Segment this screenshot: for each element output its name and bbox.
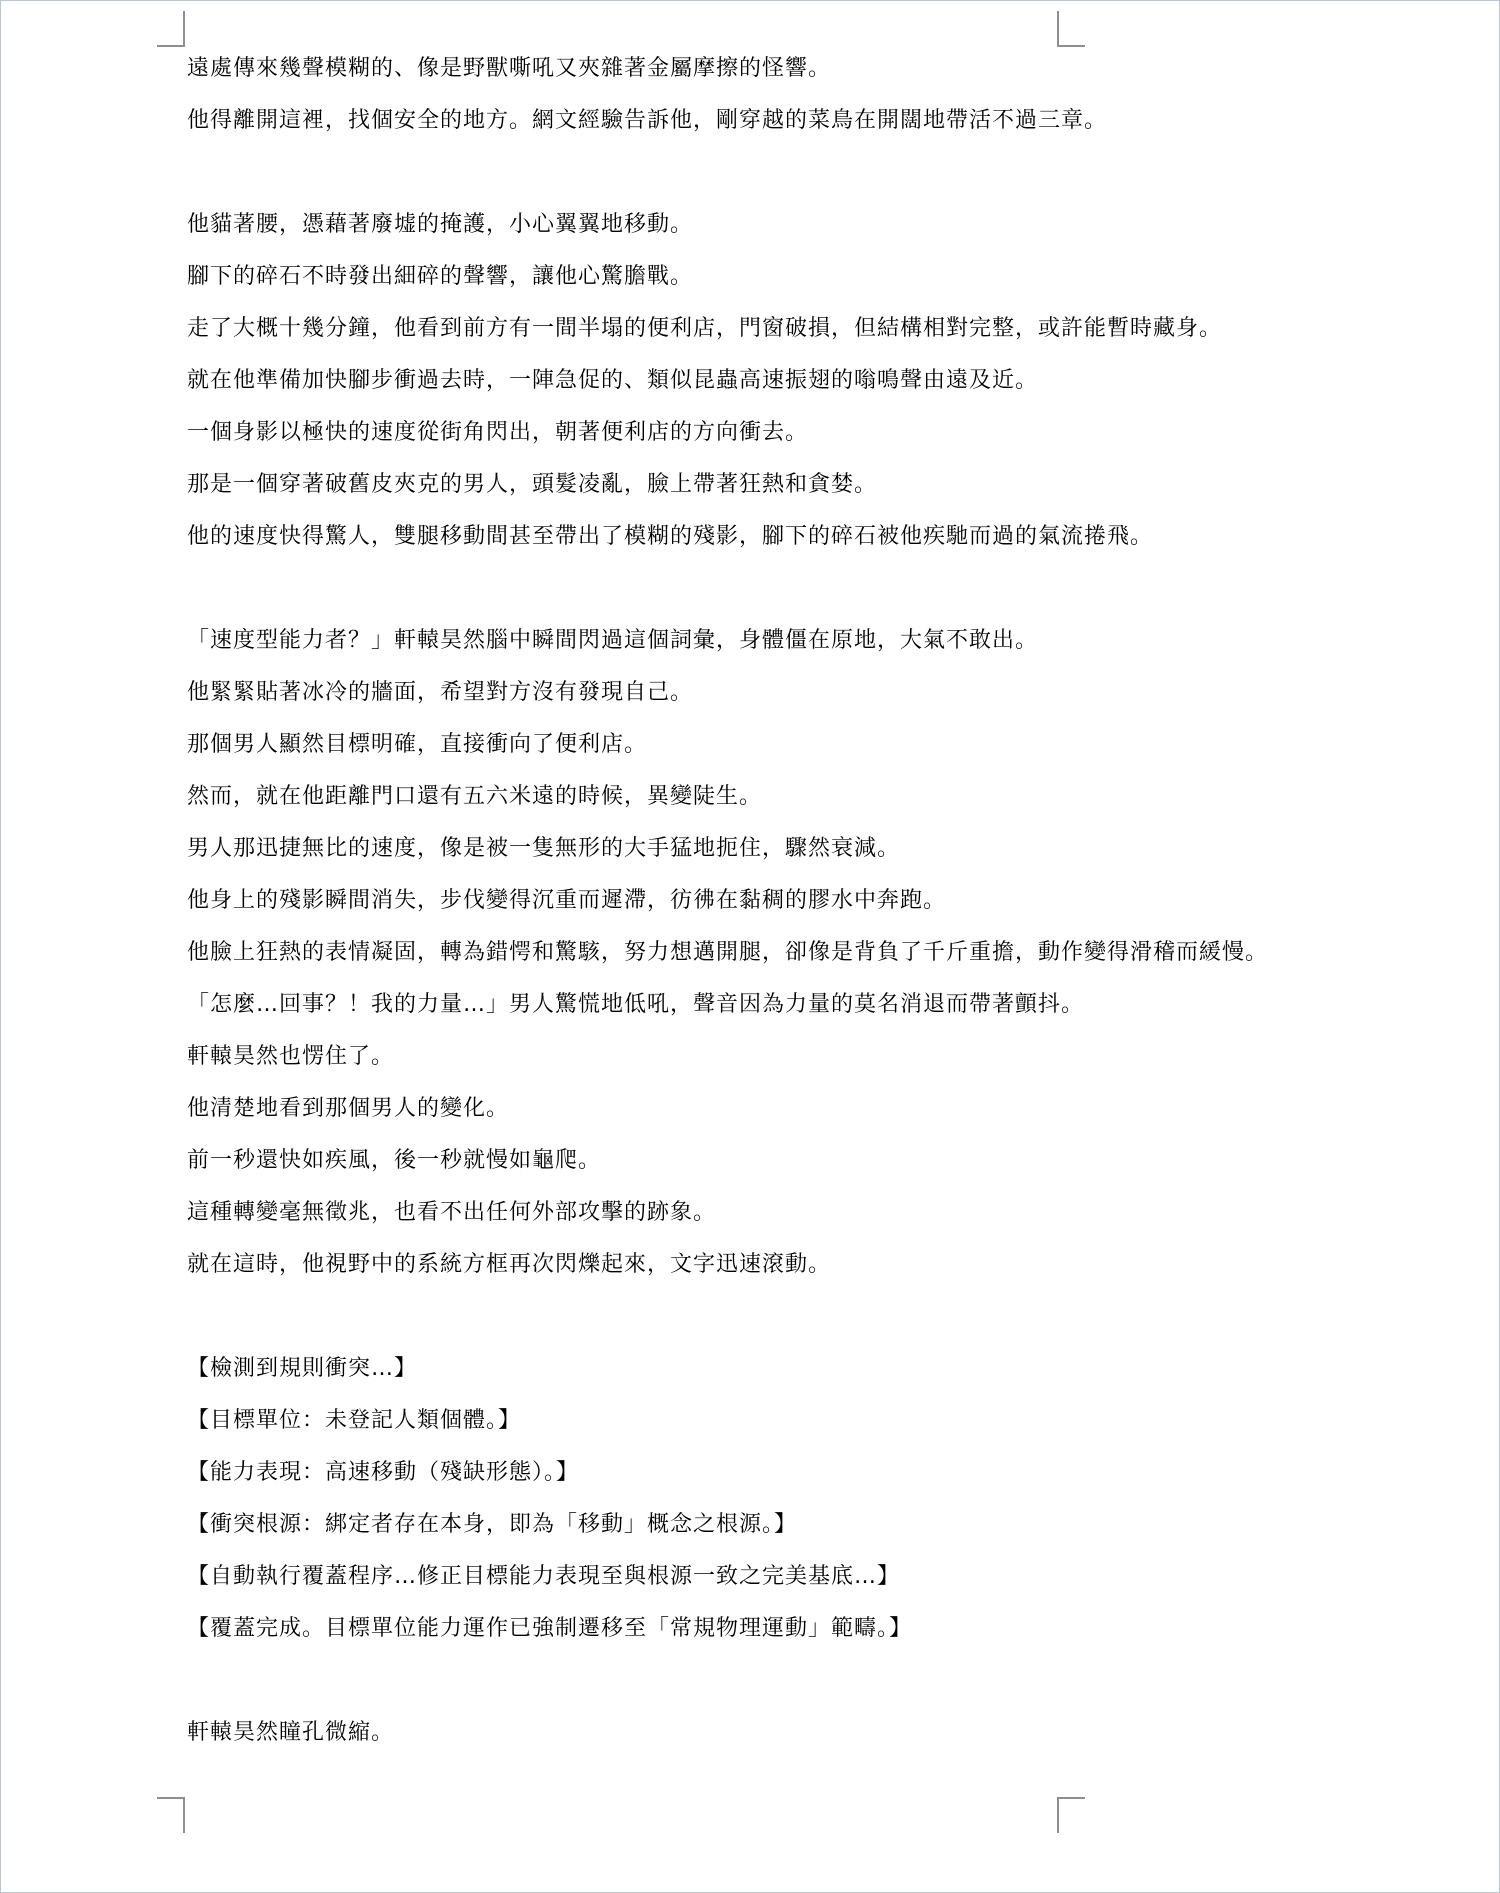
text-line[interactable]: 「速度型能力者？」軒轅昊然腦中瞬間閃過這個詞彙，身體僵在原地，大氣不敢出。 [187,615,1337,667]
margin-mark-bottom-left [157,1797,185,1833]
text-line[interactable]: 一個身影以極快的速度從街角閃出，朝著便利店的方向衝去。 [187,407,1337,459]
text-line[interactable]: 軒轅昊然瞳孔微縮。 [187,1707,1337,1759]
text-line[interactable]: 腳下的碎石不時發出細碎的聲響，讓他心驚膽戰。 [187,251,1337,303]
text-line[interactable]: 【檢測到規則衝突…】 [187,1343,1337,1395]
text-line[interactable]: 【能力表現：高速移動（殘缺形態）。】 [187,1447,1337,1499]
text-line[interactable]: 他身上的殘影瞬間消失，步伐變得沉重而遲滯，彷彿在黏稠的膠水中奔跑。 [187,875,1337,927]
margin-mark-top-left [157,11,185,47]
text-line[interactable]: 就在他準備加快腳步衝過去時，一陣急促的、類似昆蟲高速振翅的嗡鳴聲由遠及近。 [187,355,1337,407]
text-line[interactable]: 那是一個穿著破舊皮夾克的男人，頭髮凌亂，臉上帶著狂熱和貪婪。 [187,459,1337,511]
text-line[interactable]: 軒轅昊然也愣住了。 [187,1031,1337,1083]
text-line[interactable]: 他緊緊貼著冰冷的牆面，希望對方沒有發現自己。 [187,667,1337,719]
blank-line[interactable] [187,563,1337,615]
text-line[interactable]: 「怎麼…回事？！我的力量…」男人驚慌地低吼，聲音因為力量的莫名消退而帶著顫抖。 [187,979,1337,1031]
text-line[interactable]: 前一秒還快如疾風，後一秒就慢如龜爬。 [187,1135,1337,1187]
text-line[interactable]: 他得離開這裡，找個安全的地方。網文經驗告訴他，剛穿越的菜鳥在開闊地帶活不過三章。 [187,95,1337,147]
blank-line[interactable] [187,1655,1337,1707]
text-line[interactable]: 遠處傳來幾聲模糊的、像是野獸嘶吼又夾雜著金屬摩擦的怪響。 [187,43,1337,95]
text-line[interactable]: 男人那迅捷無比的速度，像是被一隻無形的大手猛地扼住，驟然衰減。 [187,823,1337,875]
document-text-area[interactable]: 遠處傳來幾聲模糊的、像是野獸嘶吼又夾雜著金屬摩擦的怪響。他得離開這裡，找個安全的… [187,43,1337,1759]
margin-mark-top-right [1057,11,1085,47]
text-line[interactable]: 這種轉變毫無徵兆，也看不出任何外部攻擊的跡象。 [187,1187,1337,1239]
text-line[interactable]: 然而，就在他距離門口還有五六米遠的時候，異變陡生。 [187,771,1337,823]
text-line[interactable]: 他貓著腰，憑藉著廢墟的掩護，小心翼翼地移動。 [187,199,1337,251]
word-document-window: { "page": { "background": "#ffffff", "bo… [0,0,1500,1893]
text-line[interactable]: 走了大概十幾分鐘，他看到前方有一間半塌的便利店，門窗破損，但結構相對完整，或許能… [187,303,1337,355]
blank-line[interactable] [187,1291,1337,1343]
text-line[interactable]: 【覆蓋完成。目標單位能力運作已強制遷移至「常規物理運動」範疇。】 [187,1603,1337,1655]
text-line[interactable]: 【自動執行覆蓋程序…修正目標能力表現至與根源一致之完美基底…】 [187,1551,1337,1603]
blank-line[interactable] [187,147,1337,199]
margin-mark-bottom-right [1057,1797,1085,1833]
text-line[interactable]: 就在這時，他視野中的系統方框再次閃爍起來，文字迅速滾動。 [187,1239,1337,1291]
text-line[interactable]: 那個男人顯然目標明確，直接衝向了便利店。 [187,719,1337,771]
text-line[interactable]: 【目標單位：未登記人類個體。】 [187,1395,1337,1447]
text-line[interactable]: 【衝突根源：綁定者存在本身，即為「移動」概念之根源。】 [187,1499,1337,1551]
text-line[interactable]: 他臉上狂熱的表情凝固，轉為錯愕和驚駭，努力想邁開腿，卻像是背負了千斤重擔，動作變… [187,927,1337,979]
text-line[interactable]: 他的速度快得驚人，雙腿移動間甚至帶出了模糊的殘影，腳下的碎石被他疾馳而過的氣流捲… [187,511,1337,563]
document-page: 遠處傳來幾聲模糊的、像是野獸嘶吼又夾雜著金屬摩擦的怪響。他得離開這裡，找個安全的… [0,0,1500,1893]
text-line[interactable]: 他清楚地看到那個男人的變化。 [187,1083,1337,1135]
